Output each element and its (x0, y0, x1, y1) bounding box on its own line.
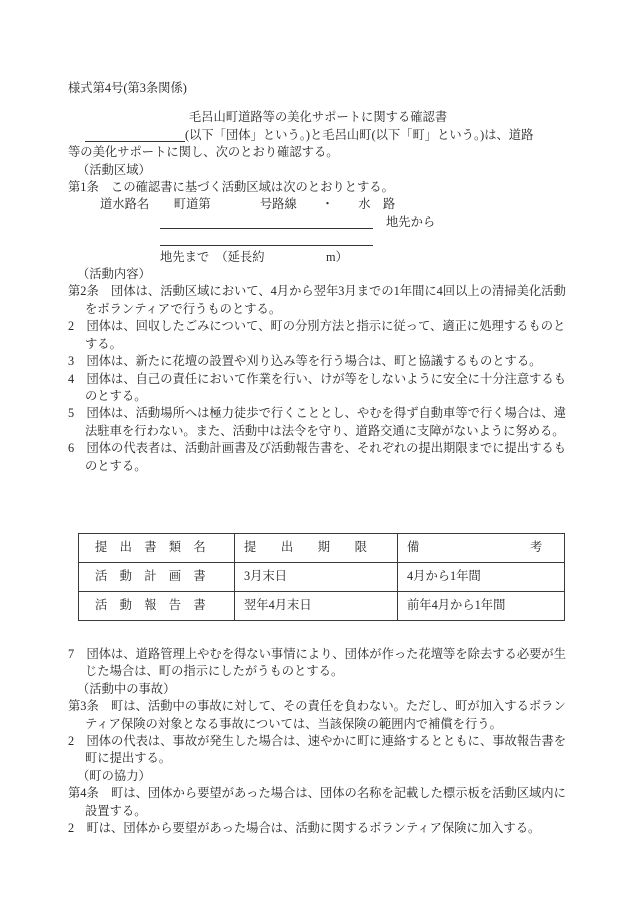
road-name-line: 道水路名 町道第 号路線 ・ 水 路 (68, 196, 568, 213)
header-deadline: 提 出 期 限 (235, 533, 398, 562)
location-to-suffix: 地先まで （延長約 m） (160, 250, 348, 264)
section-heading-accidents: （活動中の事故） (68, 681, 568, 698)
header-document-name: 提 出 書 類 名 (79, 533, 235, 562)
article-2-item-5: 5 団体は、活動場所へは極力徒歩で行くこととし、やむを得ず自動車等で行く場合は、… (68, 405, 568, 440)
article-2-item-4: 4 団体は、自己の責任において作業を行い、けが等をしないように安全に十分注意する… (68, 371, 568, 406)
article-4: 第4条 町は、団体から要望があった場合は、団体の名称を記載した標示板を活動区域内… (68, 785, 568, 820)
section-heading-town-cooperation: （町の協力） (68, 768, 568, 785)
article-2-item-2: 2 団体は、回収したごみについて、町の分別方法と指示に従って、適正に処理するもの… (68, 318, 568, 353)
intro-paragraph: (以下「団体」という。)と毛呂山町(以下「町」という。)は、道路等の美化サポート… (68, 127, 540, 162)
article-2: 第2条 団体は、活動区域において、4月から翌年3月までの1年間に4回以上の清掃美… (68, 283, 568, 318)
document-title: 毛呂山町道路等の美化サポートに関する確認書 (68, 109, 568, 126)
article-2-item-3: 3 団体は、新たに花壇の設置や刈り込み等を行う場合は、町と協議するものとする。 (68, 353, 568, 370)
header-remarks: 備 考 (398, 533, 565, 562)
table-row: 活 動 報 告 書 翌年4月末日 前年4月から1年間 (79, 591, 565, 620)
form-number: 様式第4号(第3条関係) (68, 80, 568, 97)
location-from-line: 地先から (68, 214, 568, 231)
cell-document-name: 活 動 報 告 書 (79, 591, 235, 620)
cell-document-name: 活 動 計 画 書 (79, 562, 235, 591)
article-3: 第3条 町は、活動中の事故に対して、その責任を負わない。ただし、町が加入するボラ… (68, 698, 568, 733)
document-content: 様式第4号(第3条関係) 毛呂山町道路等の美化サポートに関する確認書 (以下「団… (0, 0, 630, 837)
section-heading-activity-content: （活動内容） (68, 266, 568, 283)
location-from-blank (160, 215, 373, 229)
cell-deadline: 翌年4月末日 (235, 591, 398, 620)
table-row: 活 動 計 画 書 3月末日 4月から1年間 (79, 562, 565, 591)
location-to-blank (160, 232, 373, 246)
article-3-item-2: 2 団体の代表は、事故が発生した場合は、速やかに町に連絡するとともに、事故報告書… (68, 733, 568, 768)
location-to-line: 地先まで （延長約 m） (68, 231, 568, 266)
document-page: 様式第4号(第3条関係) 毛呂山町道路等の美化サポートに関する確認書 (以下「団… (0, 0, 630, 915)
cell-deadline: 3月末日 (235, 562, 398, 591)
submission-table: 提 出 書 類 名 提 出 期 限 備 考 活 動 計 画 書 3月末日 4月か… (78, 533, 565, 621)
cell-remarks: 前年4月から1年間 (398, 591, 565, 620)
cell-remarks: 4月から1年間 (398, 562, 565, 591)
article-4-item-2: 2 町は、団体から要望があった場合は、活動に関するボランティア保険に加入する。 (68, 820, 568, 837)
article-2-item-7: 7 団体は、道路管理上やむを得ない事情により、団体が作った花壇等を除去する必要が… (68, 646, 568, 681)
location-from-suffix: 地先から (386, 215, 435, 229)
party-name-blank (85, 128, 185, 142)
article-1: 第1条 この確認書に基づく活動区域は次のとおりとする。 (68, 179, 568, 196)
section-heading-activity-area: （活動区域） (68, 162, 568, 179)
article-2-item-6: 6 団体の代表者は、活動計画書及び活動報告書を、それぞれの提出期限までに提出する… (68, 440, 568, 475)
submission-table-header-row: 提 出 書 類 名 提 出 期 限 備 考 (79, 533, 565, 562)
